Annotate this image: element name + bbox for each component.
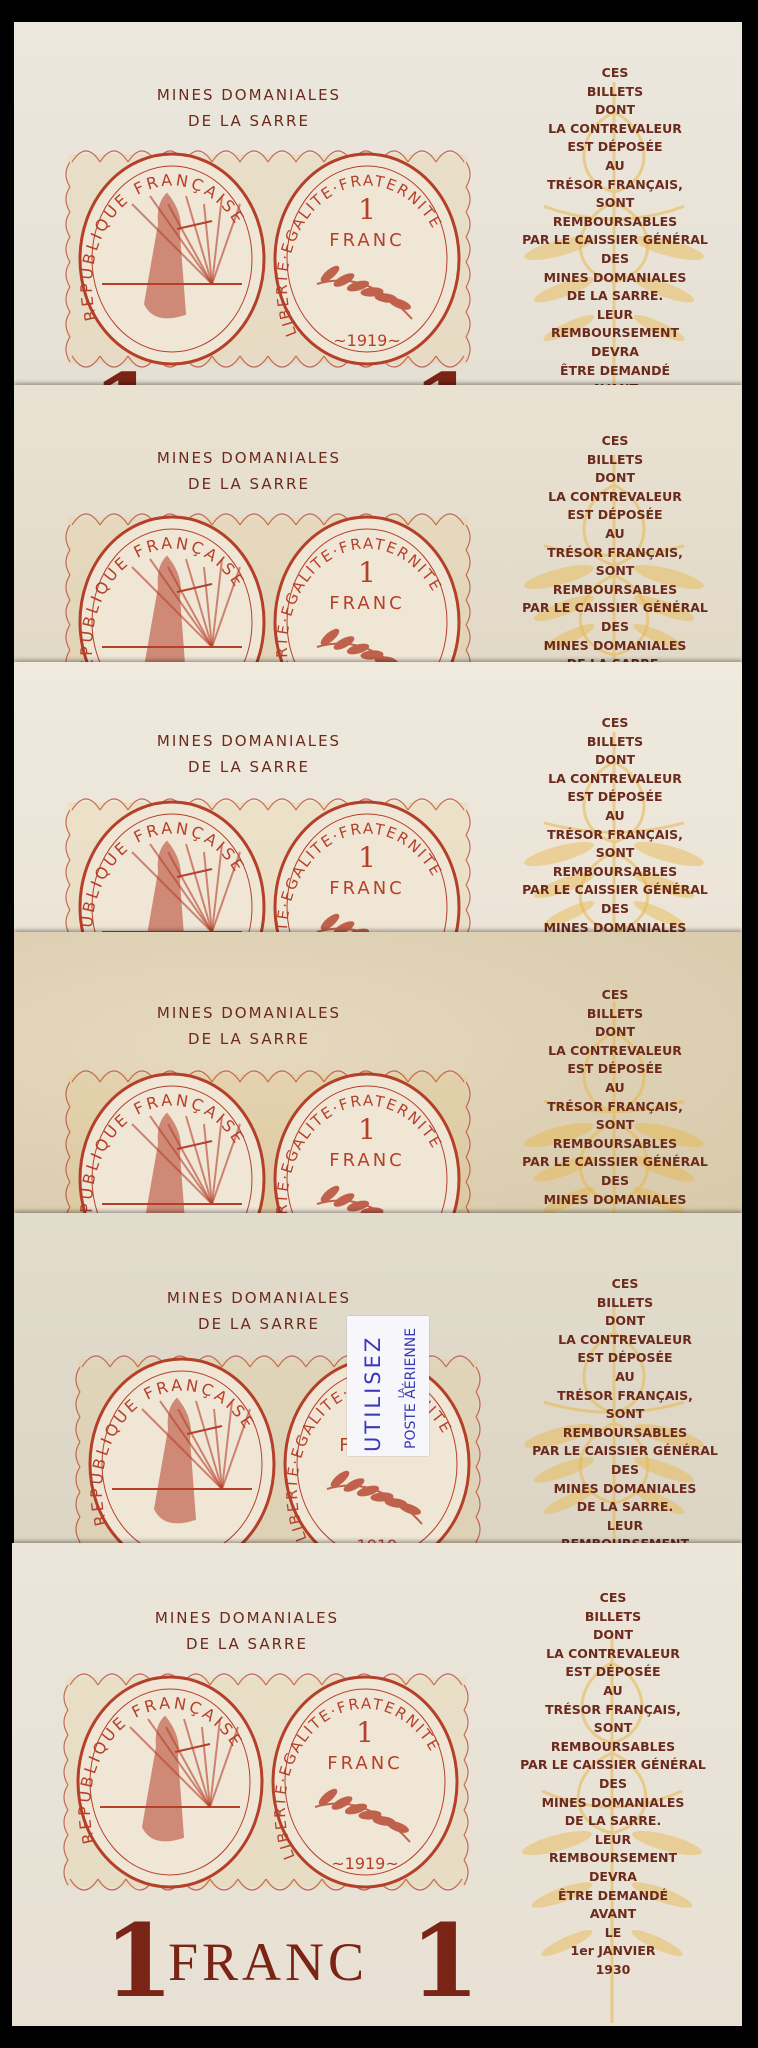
- redemption-line: TRÉSOR FRANÇAIS,: [482, 1701, 742, 1720]
- redemption-line: TRÉSOR FRANÇAIS,: [484, 544, 742, 563]
- issuer-title: MINES DOMANIALESDE LA SARRE: [14, 445, 484, 497]
- redemption-line: TRÉSOR FRANÇAIS,: [494, 1387, 742, 1406]
- redemption-line: EST DÉPOSÉE: [484, 788, 742, 807]
- redemption-line: MINES DOMANIALES: [484, 637, 742, 656]
- redemption-line: SONT: [484, 1116, 742, 1135]
- redemption-line: DEVRA: [482, 1868, 742, 1887]
- redemption-line: PAR LE CAISSIER GÉNÉRAL: [484, 1153, 742, 1172]
- redemption-line: ÊTRE DEMANDÉ: [484, 362, 742, 381]
- redemption-line: EST DÉPOSÉE: [482, 1663, 742, 1682]
- redemption-line: REMBOURSEMENT: [484, 324, 742, 343]
- redemption-line: REMBOURSEMENT: [482, 1849, 742, 1868]
- redemption-line: CES: [482, 1589, 742, 1608]
- redemption-line: LA CONTREVALEUR: [484, 488, 742, 507]
- coin-pair-design: REPUBLIQUE FRANÇAISE LIBERTE·EGALITE·FRA…: [62, 782, 474, 934]
- svg-text:1: 1: [358, 556, 376, 589]
- redemption-line: DES: [484, 618, 742, 637]
- redemption-line: AU: [484, 525, 742, 544]
- redemption-line: DONT: [484, 751, 742, 770]
- redemption-line: AU: [484, 157, 742, 176]
- redemption-line: DES: [482, 1775, 742, 1794]
- redemption-line: SONT: [484, 562, 742, 581]
- redemption-text: CESBILLETSDONTLA CONTREVALEUREST DÉPOSÉE…: [484, 432, 742, 665]
- redemption-line: EST DÉPOSÉE: [484, 506, 742, 525]
- redemption-line: REMBOURSABLES: [484, 863, 742, 882]
- redemption-line: EST DÉPOSÉE: [484, 138, 742, 157]
- redemption-line: LA CONTREVALEUR: [484, 770, 742, 789]
- redemption-line: DES: [484, 250, 742, 269]
- redemption-line: CES: [484, 64, 742, 83]
- redemption-line: EST DÉPOSÉE: [494, 1349, 742, 1368]
- redemption-line: DES: [484, 900, 742, 919]
- redemption-line: CES: [484, 432, 742, 451]
- redemption-line: DE LA SARRE.: [484, 287, 742, 306]
- redemption-line: LE: [482, 1924, 742, 1943]
- banknote-3: MINES DOMANIALESDE LA SARRE REPUBLIQUE F…: [14, 662, 742, 934]
- banknote-1: MINES DOMANIALESDE LA SARRE REPUBLIQUE F…: [14, 22, 742, 387]
- redemption-text: CESBILLETSDONTLA CONTREVALEUREST DÉPOSÉE…: [484, 714, 742, 934]
- svg-text:FRANC: FRANC: [327, 1753, 402, 1774]
- redemption-line: PAR LE CAISSIER GÉNÉRAL: [484, 881, 742, 900]
- svg-text:1: 1: [358, 193, 376, 226]
- redemption-line: MINES DOMANIALES: [482, 1794, 742, 1813]
- redemption-line: REMBOURSABLES: [484, 1135, 742, 1154]
- svg-text:1: 1: [358, 1113, 376, 1146]
- redemption-line: BILLETS: [484, 1005, 742, 1024]
- coin-pair-design: REPUBLIQUE FRANÇAISE LIBERTE·EGALITE·FRA…: [60, 1657, 472, 1907]
- redemption-line: DES: [494, 1461, 742, 1480]
- redemption-line: LEUR: [494, 1517, 742, 1536]
- redemption-line: REMBOURSABLES: [484, 581, 742, 600]
- redemption-line: PAR LE CAISSIER GÉNÉRAL: [484, 599, 742, 618]
- redemption-line: PAR LE CAISSIER GÉNÉRAL: [494, 1442, 742, 1461]
- redemption-line: DONT: [482, 1626, 742, 1645]
- redemption-line: REMBOURSABLES: [482, 1738, 742, 1757]
- redemption-text: CESBILLETSDONTLA CONTREVALEUREST DÉPOSÉE…: [484, 986, 742, 1216]
- redemption-line: SONT: [494, 1405, 742, 1424]
- redemption-line: PAR LE CAISSIER GÉNÉRAL: [482, 1756, 742, 1775]
- redemption-line: AU: [484, 807, 742, 826]
- redemption-line: LA CONTREVALEUR: [484, 1042, 742, 1061]
- redemption-line: DE LA SARRE.: [482, 1812, 742, 1831]
- issuer-title: MINES DOMANIALESDE LA SARRE: [14, 728, 484, 780]
- denomination-numeral-left: 1: [104, 1913, 174, 2009]
- redemption-line: TRÉSOR FRANÇAIS,: [484, 826, 742, 845]
- redemption-line: AU: [484, 1079, 742, 1098]
- denomination-numeral-left: 1: [92, 362, 159, 387]
- issuer-title: MINES DOMANIALESDE LA SARRE: [12, 1605, 482, 1657]
- sticker-line-1: UTILISEZ: [361, 1335, 385, 1452]
- redemption-line: REMBOURSABLES: [494, 1424, 742, 1443]
- redemption-line: TRÉSOR FRANÇAIS,: [484, 1098, 742, 1117]
- banknote-6: MINES DOMANIALESDE LA SARRE REPUBLIQUE F…: [12, 1543, 742, 2026]
- issuer-title: MINES DOMANIALESDE LA SARRE: [14, 1000, 484, 1052]
- redemption-text: CESBILLETSDONTLA CONTREVALEUREST DÉPOSÉE…: [494, 1275, 742, 1546]
- svg-text:~1919~: ~1919~: [333, 331, 401, 350]
- redemption-line: BILLETS: [484, 451, 742, 470]
- redemption-line: EST DÉPOSÉE: [484, 1060, 742, 1079]
- redemption-line: SONT: [484, 194, 742, 213]
- airmail-sticker: UTILISEZ LA POSTE AÉRIENNE: [347, 1316, 429, 1456]
- svg-text:FRANC: FRANC: [329, 230, 404, 251]
- redemption-line: AU: [482, 1682, 742, 1701]
- redemption-line: LA CONTREVALEUR: [482, 1645, 742, 1664]
- redemption-line: LEUR: [482, 1831, 742, 1850]
- denomination-word: FRANC: [168, 1931, 368, 1993]
- svg-text:FRANC: FRANC: [329, 1150, 404, 1171]
- redemption-text: CESBILLETSDONTLA CONTREVALEUREST DÉPOSÉE…: [484, 64, 742, 387]
- svg-text:~1919~: ~1919~: [331, 1854, 399, 1873]
- redemption-line: BILLETS: [484, 83, 742, 102]
- coin-pair-design: REPUBLIQUE FRANÇAISE LIBERTE·EGALITE·FRA…: [62, 1054, 474, 1216]
- redemption-line: MINES DOMANIALES: [484, 269, 742, 288]
- issuer-title: MINES DOMANIALESDE LA SARRE: [14, 82, 484, 134]
- coin-pair-design: REPUBLIQUE FRANÇAISE LIBERTE·EGALITE·FRA…: [62, 497, 474, 665]
- redemption-line: DONT: [494, 1312, 742, 1331]
- redemption-line: REMBOURSABLES: [484, 213, 742, 232]
- redemption-line: 1er JANVIER: [482, 1942, 742, 1961]
- denomination-numeral-right: 1: [412, 362, 479, 387]
- redemption-line: LA CONTREVALEUR: [494, 1331, 742, 1350]
- redemption-line: CES: [494, 1275, 742, 1294]
- redemption-line: SONT: [484, 844, 742, 863]
- redemption-line: LA CONTREVALEUR: [484, 120, 742, 139]
- redemption-line: LEUR: [484, 306, 742, 325]
- redemption-line: CES: [484, 986, 742, 1005]
- banknote-2: MINES DOMANIALESDE LA SARRE REPUBLIQUE F…: [14, 385, 742, 665]
- svg-text:1: 1: [356, 1716, 374, 1749]
- svg-text:1: 1: [358, 841, 376, 874]
- redemption-line: DONT: [484, 1023, 742, 1042]
- redemption-line: PAR LE CAISSIER GÉNÉRAL: [484, 231, 742, 250]
- svg-text:FRANC: FRANC: [329, 878, 404, 899]
- redemption-line: MINES DOMANIALES: [494, 1480, 742, 1499]
- denomination-numeral-right: 1: [410, 1913, 480, 2009]
- redemption-line: BILLETS: [482, 1608, 742, 1627]
- redemption-line: DEVRA: [484, 343, 742, 362]
- redemption-line: ÊTRE DEMANDÉ: [482, 1887, 742, 1906]
- redemption-line: DONT: [484, 469, 742, 488]
- banknote-4: MINES DOMANIALESDE LA SARRE REPUBLIQUE F…: [14, 932, 742, 1216]
- redemption-line: TRÉSOR FRANÇAIS,: [484, 176, 742, 195]
- redemption-text: CESBILLETSDONTLA CONTREVALEUREST DÉPOSÉE…: [482, 1589, 742, 1979]
- coin-pair-design: REPUBLIQUE FRANÇAISE LIBERTE·EGALITE·FRA…: [62, 134, 474, 384]
- redemption-line: DES: [484, 1172, 742, 1191]
- redemption-line: MINES DOMANIALES: [484, 1191, 742, 1210]
- redemption-line: DONT: [484, 101, 742, 120]
- redemption-line: SONT: [482, 1719, 742, 1738]
- redemption-line: BILLETS: [484, 733, 742, 752]
- sticker-line-3: POSTE AÉRIENNE: [403, 1328, 419, 1449]
- svg-text:FRANC: FRANC: [329, 593, 404, 614]
- redemption-line: 1930: [482, 1961, 742, 1980]
- redemption-line: AU: [494, 1368, 742, 1387]
- redemption-line: BILLETS: [494, 1294, 742, 1313]
- redemption-line: AVANT: [482, 1905, 742, 1924]
- redemption-line: DE LA SARRE.: [494, 1498, 742, 1517]
- redemption-line: CES: [484, 714, 742, 733]
